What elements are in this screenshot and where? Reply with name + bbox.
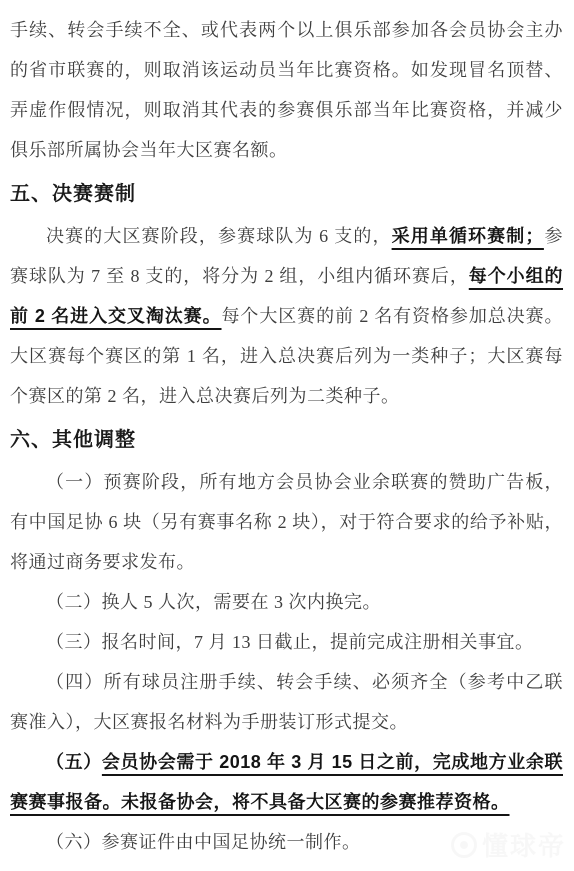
section-heading: 六、其他调整 [10,420,563,460]
paragraph: （六）参赛证件由中国足协统一制作。 [10,822,563,862]
text-segment: （三）报名时间，7 月 13 日截止，提前完成注册相关事宜。 [46,632,534,652]
document-body: 手续、转会手续不全、或代表两个以上俱乐部参加各会员协会主办的省市联赛的，则取消该… [0,0,574,862]
paragraph: 决赛的大区赛阶段，参赛球队为 6 支的，采用单循环赛制；参赛球队为 7 至 8 … [10,216,563,416]
text-segment: 手续、转会手续不全、或代表两个以上俱乐部参加各会员协会主办的省市联赛的，则取消该… [10,20,563,160]
text-segment: （二）换人 5 人次，需要在 3 次内换完。 [46,592,381,612]
text-segment: （五） [46,752,102,772]
paragraph: （五）会员协会需于 2018 年 3 月 15 日之前，完成地方业余联赛赛事报备… [10,742,563,822]
section-heading: 五、决赛赛制 [10,174,563,214]
paragraph: （三）报名时间，7 月 13 日截止，提前完成注册相关事宜。 [10,622,563,662]
paragraph: （四）所有球员注册手续、转会手续、必须齐全（参考中乙联赛准入），大区赛报名材料为… [10,662,563,742]
text-segment: （六）参赛证件由中国足协统一制作。 [46,832,361,852]
text-segment: 决赛的大区赛阶段，参赛球队为 6 支的， [46,226,392,246]
paragraph: （一）预赛阶段，所有地方会员协会业余联赛的赞助广告板，有中国足协 6 块（另有赛… [10,462,563,582]
paragraph: （二）换人 5 人次，需要在 3 次内换完。 [10,582,563,622]
text-segment: 采用单循环赛制； [392,226,544,246]
text-segment: （一）预赛阶段，所有地方会员协会业余联赛的赞助广告板，有中国足协 6 块（另有赛… [10,472,563,572]
paragraph: 手续、转会手续不全、或代表两个以上俱乐部参加各会员协会主办的省市联赛的，则取消该… [10,10,563,170]
text-segment: （四）所有球员注册手续、转会手续、必须齐全（参考中乙联赛准入），大区赛报名材料为… [10,672,563,732]
